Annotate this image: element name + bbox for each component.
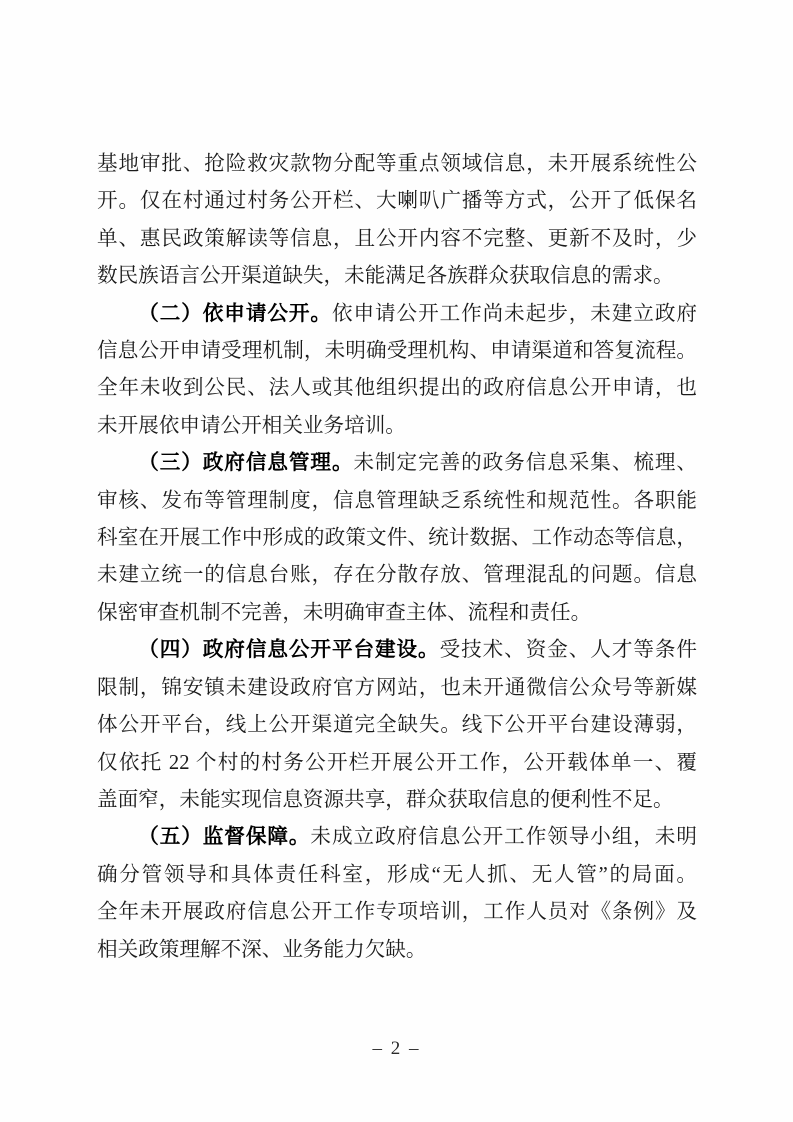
text-line: 单、惠民政策解读等信息，且公开内容不完整、更新不及时，少: [97, 221, 697, 258]
page-number: – 2 –: [0, 1038, 793, 1060]
text-line: 信息公开申请受理机制，未明确受理机构、申请渠道和答复流程。: [97, 333, 697, 370]
section-heading: （五）监督保障。: [138, 826, 310, 848]
text-line: 基地审批、抢险救灾款物分配等重点领域信息，未开展系统性公: [97, 146, 697, 183]
line-text: 全年未开展政府信息公开工作专项培训，工作人员对《条例》及: [97, 901, 697, 923]
text-line: 保密审查机制不完善，未明确审查主体、流程和责任。: [97, 595, 697, 632]
text-line: 仅依托 22 个村的村务公开栏开展公开工作，公开载体单一、覆: [97, 745, 697, 782]
line-text: 数民族语言公开渠道缺失，未能满足各族群众获取信息的需求。: [97, 265, 674, 287]
line-text: 科室在开展工作中形成的政策文件、统计数据、工作动态等信息，: [97, 527, 697, 549]
paragraph-section-2: （二）依申请公开。依申请公开工作尚未起步，未建立政府 信息公开申请受理机制，未明…: [97, 296, 697, 446]
text-line: （四）政府信息公开平台建设。受技术、资金、人才等条件: [97, 632, 697, 669]
text-line: 未开展依申请公开相关业务培训。: [97, 408, 697, 445]
document-body: 基地审批、抢险救灾款物分配等重点领域信息，未开展系统性公 开。仅在村通过村务公开…: [97, 146, 697, 969]
section-heading: （三）政府信息管理。: [138, 452, 353, 474]
line-text: 体公开平台，线上公开渠道完全缺失。线下公开平台建设薄弱，: [97, 714, 697, 736]
line-text: 审核、发布等管理制度，信息管理缺乏系统性和规范性。各职能: [97, 490, 697, 512]
line-text: 未开展依申请公开相关业务培训。: [97, 415, 406, 437]
text-line: （二）依申请公开。依申请公开工作尚未起步，未建立政府: [97, 296, 697, 333]
text-line: 审核、发布等管理制度，信息管理缺乏系统性和规范性。各职能: [97, 483, 697, 520]
document-page: 基地审批、抢险救灾款物分配等重点领域信息，未开展系统性公 开。仅在村通过村务公开…: [0, 0, 793, 1122]
line-text: 开。仅在村通过村务公开栏、大喇叭广播等方式，公开了低保名: [97, 190, 697, 212]
text-line: 盖面窄，未能实现信息资源共享，群众获取信息的便利性不足。: [97, 782, 697, 819]
text-line: 相关政策理解不深、业务能力欠缺。: [97, 932, 697, 969]
paragraph-section-3: （三）政府信息管理。未制定完善的政务信息采集、梳理、 审核、发布等管理制度，信息…: [97, 445, 697, 632]
line-text: 信息公开申请受理机制，未明确受理机构、申请渠道和答复流程。: [97, 340, 697, 362]
paragraph-section-5: （五）监督保障。未成立政府信息公开工作领导小组，未明 确分管领导和具体责任科室，…: [97, 819, 697, 969]
line-text: 未制定完善的政务信息采集、梳理、: [353, 452, 697, 474]
text-line: 开。仅在村通过村务公开栏、大喇叭广播等方式，公开了低保名: [97, 183, 697, 220]
text-line: 体公开平台，线上公开渠道完全缺失。线下公开平台建设薄弱，: [97, 707, 697, 744]
text-line: 数民族语言公开渠道缺失，未能满足各族群众获取信息的需求。: [97, 258, 697, 295]
line-text: 基地审批、抢险救灾款物分配等重点领域信息，未开展系统性公: [97, 153, 697, 175]
text-line: 科室在开展工作中形成的政策文件、统计数据、工作动态等信息，: [97, 520, 697, 557]
line-text: 受技术、资金、人才等条件: [440, 639, 697, 661]
paragraph-section-4: （四）政府信息公开平台建设。受技术、资金、人才等条件 限制，锦安镇未建设政府官方…: [97, 632, 697, 819]
line-text: 依申请公开工作尚未起步，未建立政府: [332, 303, 697, 325]
text-line: （五）监督保障。未成立政府信息公开工作领导小组，未明: [97, 819, 697, 856]
text-line: 确分管领导和具体责任科室，形成“无人抓、无人管”的局面。: [97, 857, 697, 894]
paragraph-continuation: 基地审批、抢险救灾款物分配等重点领域信息，未开展系统性公 开。仅在村通过村务公开…: [97, 146, 697, 296]
line-text: 未建立统一的信息台账，存在分散存放、管理混乱的问题。信息: [97, 564, 697, 586]
text-line: 全年未收到公民、法人或其他组织提出的政府信息公开申请，也: [97, 370, 697, 407]
line-text: 单、惠民政策解读等信息，且公开内容不完整、更新不及时，少: [97, 228, 697, 250]
section-heading: （二）依申请公开。: [138, 303, 332, 325]
line-text: 相关政策理解不深、业务能力欠缺。: [97, 939, 427, 961]
line-text: 保密审查机制不完善，未明确审查主体、流程和责任。: [97, 602, 591, 624]
text-line: （三）政府信息管理。未制定完善的政务信息采集、梳理、: [97, 445, 697, 482]
text-line: 全年未开展政府信息公开工作专项培训，工作人员对《条例》及: [97, 894, 697, 931]
line-text: 限制，锦安镇未建设政府官方网站，也未开通微信公众号等新媒: [97, 677, 697, 699]
line-text: 未成立政府信息公开工作领导小组，未明: [310, 826, 697, 848]
text-line: 未建立统一的信息台账，存在分散存放、管理混乱的问题。信息: [97, 557, 697, 594]
line-text: 盖面窄，未能实现信息资源共享，群众获取信息的便利性不足。: [97, 789, 674, 811]
line-text: 全年未收到公民、法人或其他组织提出的政府信息公开申请，也: [97, 377, 697, 399]
section-heading: （四）政府信息公开平台建设。: [138, 639, 439, 661]
line-text: 确分管领导和具体责任科室，形成“无人抓、无人管”的局面。: [97, 864, 697, 886]
text-line: 限制，锦安镇未建设政府官方网站，也未开通微信公众号等新媒: [97, 670, 697, 707]
line-text: 仅依托 22 个村的村务公开栏开展公开工作，公开载体单一、覆: [97, 752, 697, 774]
